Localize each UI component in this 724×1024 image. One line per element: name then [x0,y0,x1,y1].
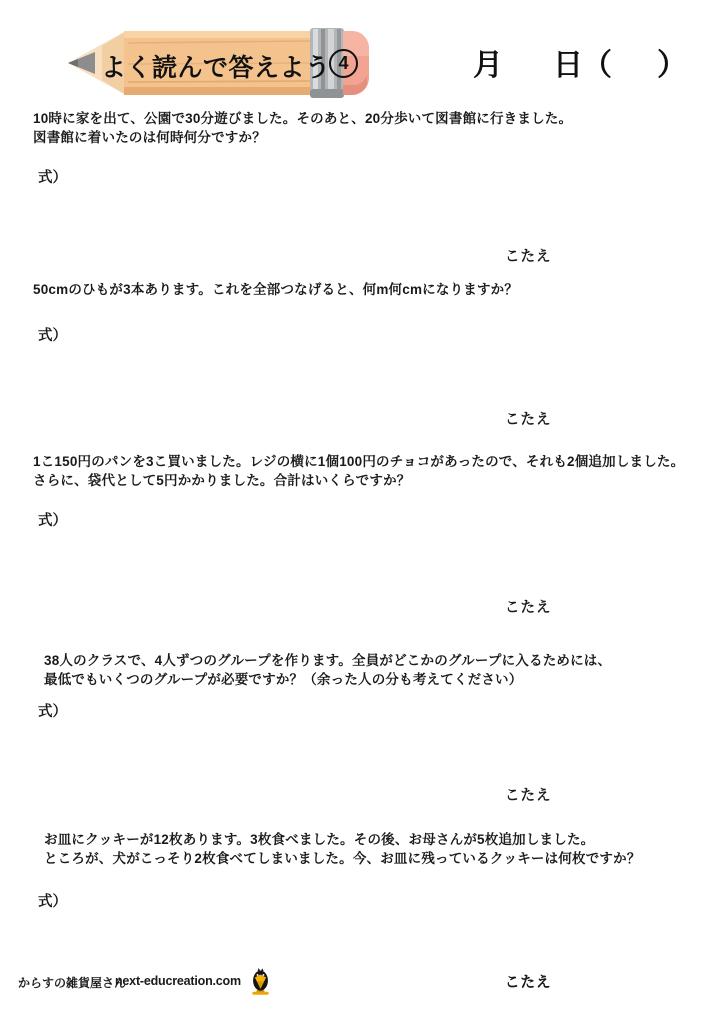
problem-text-line: ところが、犬がこっそり2枚食べてしまいました。今、お皿に残っているクッキーは何枚… [44,849,708,868]
date-day-label: 日 [553,40,583,84]
problem-5-equation-label: 式） [38,890,67,911]
crow-icon [251,966,270,996]
problem-2-answer-label: こたえ [505,408,552,429]
problem-4-answer-label: こたえ [505,784,552,805]
problem-text-line: 50cmのひもが3本あります。これを全部つなげると、何m何cmになりますか？ [33,280,697,299]
date-line: 月 日 （ ） [470,40,700,80]
problem-5-answer-label: こたえ [505,971,552,992]
problem-text-line: 38人のクラスで、4人ずつのグループを作ります。全員がどこかのグループに入るため… [44,651,708,670]
worksheet-title: よく読んで答えよう [101,48,331,84]
problem-1-answer-label: こたえ [505,245,552,266]
footer-shop-name: からすの雑貨屋さん [18,974,126,991]
problem-1-text: 10時に家を出て、公園で30分遊びました。そのあと、20分歩いて図書館に行きまし… [33,109,697,147]
problem-3-answer-label: こたえ [505,596,552,617]
problem-3-text: 1こ150円のパンを3こ買いました。レジの横に1個100円のチョコがあったので、… [33,452,697,490]
title-number-badge: 4 [329,49,358,78]
date-month-label: 月 [473,40,503,84]
problem-text-line: 最低でもいくつのグループが必要ですか？（余った人の分も考えてください） [44,670,708,689]
problem-4-text: 38人のクラスで、4人ずつのグループを作ります。全員がどこかのグループに入るため… [44,651,708,689]
problem-text-line: 10時に家を出て、公園で30分遊びました。そのあと、20分歩いて図書館に行きまし… [33,109,697,128]
problem-4-equation-label: 式） [38,700,67,721]
problem-2-equation-label: 式） [38,324,67,345]
date-paren-open: （ [582,40,612,84]
problem-5-text: お皿にクッキーが12枚あります。3枚食べました。その後、お母さんが5枚追加しまし… [44,830,708,868]
problem-text-line: お皿にクッキーが12枚あります。3枚食べました。その後、お母さんが5枚追加しまし… [44,830,708,849]
footer-website-url: next-educreation.com [115,974,241,988]
problem-text-line: 図書館に着いたのは何時何分ですか？ [33,128,697,147]
problem-text-line: さらに、袋代として5円かかりました。合計はいくらですか？ [33,471,697,490]
problem-2-text: 50cmのひもが3本あります。これを全部つなげると、何m何cmになりますか？ [33,280,697,299]
worksheet-page: よく読んで答えよう 4 月 日 （ ） 10時に家を出て、公園で30分遊びました… [0,0,724,1024]
problem-3-equation-label: 式） [38,509,67,530]
date-paren-close: ） [657,40,687,84]
problem-text-line: 1こ150円のパンを3こ買いました。レジの横に1個100円のチョコがあったので、… [33,452,697,471]
problem-1-equation-label: 式） [38,166,67,187]
